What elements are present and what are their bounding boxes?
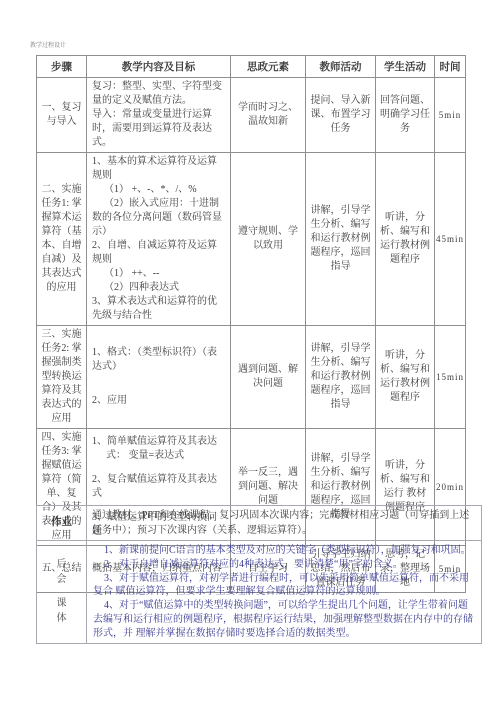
content-cell: 1、基本的算术运算符及运算规则 （1） +、-、*、/、% （2）嵌入式应用：十… [87,153,231,326]
col-header-step: 步骤 [37,56,87,78]
time-cell: 45min [435,153,466,326]
homework-text: 通过教材、PPT和在线课程，复习巩固本次课内容；完成教材相应习题（可穿插到上述任… [87,506,482,541]
content-line: 1、基本的算术运算符及运算规则 [92,155,226,183]
content-line: 2、应用 [92,394,226,408]
reflection-note: 1、新课前提问C语言的基本类型及对应的关键字（类型标识符），加强复习和巩固。 [93,544,477,558]
content-line: 导入：常量或变量进行运算时，需要用到运算符及表达式。 [92,108,226,150]
table-row-task2: 三、实施任务2: 掌握强制类型转换运算符及其表达式的应用 1、格式：（类型标识符… [37,326,466,429]
teacher-cell: 提问、导入新课、布置学习任务 [306,78,376,153]
content-line: （1） +、-、*、/、% [92,183,226,197]
step-cell: 三、实施任务2: 掌握强制类型转换运算符及其表达式的应用 [37,326,87,429]
lesson-plan-page: 教学过程设计 步骤 教学内容及目标 思政元素 教师活动 学生活动 时间 一、复习… [0,0,500,722]
content-line: （2）四种表达式 [92,281,226,295]
content-cell: 复习：整型、实型、字符型变量的定义及赋值方法。 导入：常量或变量进行运算时，需要… [87,78,231,153]
col-header-student: 学生活动 [376,56,435,78]
reflection-note: 4、对于“赋值运算中的类型转换问题”，可以给学生提出几个问题，让学生带着问题去编… [93,599,477,640]
ideology-cell: 遇到问题、解决问题 [231,326,306,429]
homework-label: 作业 [37,506,87,541]
col-header-content: 教学内容及目标 [87,56,231,78]
student-cell: 听讲，分析、编写和运行教材例题程序 [376,326,435,429]
content-line: （2）嵌入式应用：十进制数的各位分离问题（数码管显示） [92,197,226,239]
col-header-teacher: 教师活动 [306,56,376,78]
ideology-cell: 遵守规则、学以致用 [231,153,306,326]
table-row-review: 一、复习与导入 复习：整型、实型、字符型变量的定义及赋值方法。 导入：常量或变量… [37,78,466,153]
content-line: 1、简单赋值运算符及其表达式： 变量=表达式 [92,435,226,463]
content-line: 2、自增、自减运算符及运算规则 [92,239,226,267]
reflection-note: 2、对于自增自减运算符对应的4种表达式，要讲清楚“用”字的含义。 [93,558,477,572]
corner-note: 教学过程设计 [30,40,66,49]
step-cell: 一、复习与导入 [37,78,87,153]
content-line: （1） ++、-- [92,267,226,281]
content-line: 1、格式：（类型标识符）（表达式） [92,346,226,374]
col-header-ideology: 思政元素 [231,56,306,78]
time-cell: 5min [435,78,466,153]
col-header-time: 时间 [435,56,466,78]
content-line: 3、算术表达式和运算符的优先级与结合性 [92,295,226,323]
step-cell: 二、实施任务1: 掌握算术运算符（基本、自增自减）及其表达式的应用 [37,153,87,326]
reflection-notes: 1、新课前提问C语言的基本类型及对应的关键字（类型标识符），加强复习和巩固。 2… [87,541,482,644]
content-line: 2、复合赋值运算符及其表达式 [92,473,226,501]
homework-reflection-table: 作业 通过教材、PPT和在线课程，复习巩固本次课内容；完成教材相应习题（可穿插到… [36,505,482,644]
content-line: 复习：整型、实型、字符型变量的定义及赋值方法。 [92,80,226,108]
header-row: 步骤 教学内容及目标 思政元素 教师活动 学生活动 时间 [37,56,466,78]
reflection-label-bottom: 课体 [55,596,68,626]
content-cell: 1、格式：（类型标识符）（表达式） 2、应用 [87,326,231,429]
reflection-row: 后会 课体 1、新课前提问C语言的基本类型及对应的关键字（类型标识符），加强复习… [37,541,482,644]
student-cell: 听讲，分析、编写和运行教材例题程序 [376,153,435,326]
teacher-cell: 讲解，引导学生分析、编写和运行教材例题程序，巡回指导 [306,326,376,429]
teacher-cell: 讲解，引导学生分析、编写和运行教材例题程序，巡回指导 [306,153,376,326]
reflection-note: 3、对于赋值运算符，对初学者进行编程时，可以先采用简单赋值运算符，而不采用复合 … [93,572,477,600]
time-cell: 15min [435,326,466,429]
homework-row: 作业 通过教材、PPT和在线课程，复习巩固本次课内容；完成教材相应习题（可穿插到… [37,506,482,541]
table-row-task1: 二、实施任务1: 掌握算术运算符（基本、自增自减）及其表达式的应用 1、基本的算… [37,153,466,326]
reflection-label-top: 后会 [55,557,68,587]
student-cell: 回答问题、明确学习任务 [376,78,435,153]
reflection-label: 后会 课体 [37,541,87,644]
ideology-cell: 学而时习之、温故知新 [231,78,306,153]
